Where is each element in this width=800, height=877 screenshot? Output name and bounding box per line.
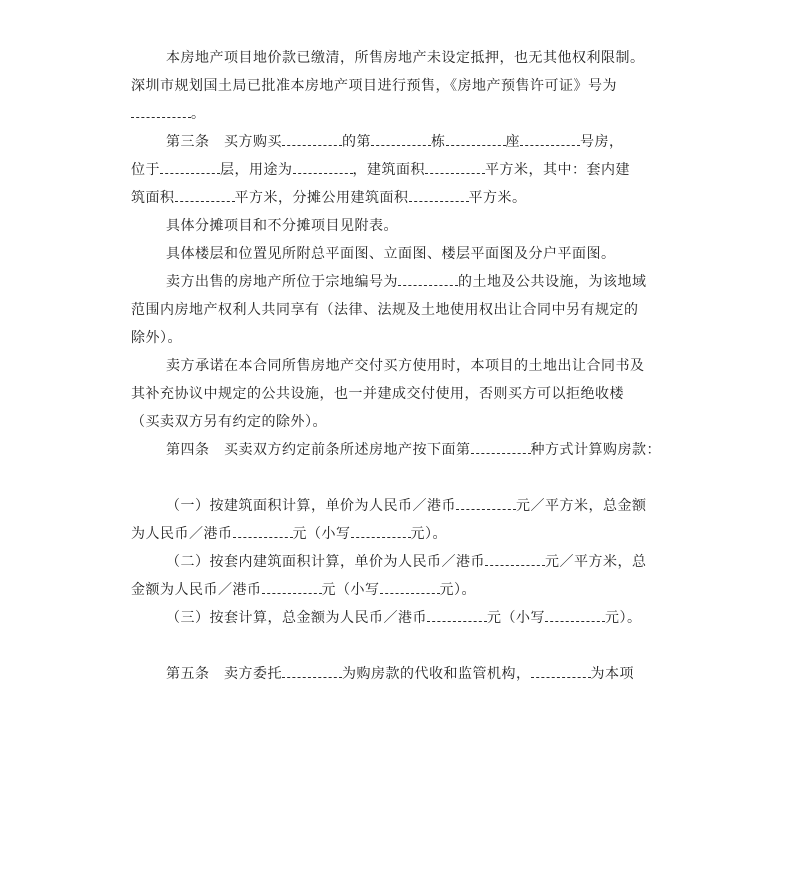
contract-line: 本房地产项目地价款已缴清，所售房地产未设定抵押，也无其他权利限制。 (131, 45, 672, 73)
blank-underline (282, 132, 342, 146)
blank-underline (351, 524, 411, 538)
blank-underline (398, 272, 458, 286)
contract-line: 其补充协议中规定的公共设施，也一并建成交付使用，否则买方可以拒绝收楼 (131, 381, 672, 409)
contract-line: 除外）。 (131, 325, 672, 353)
blank-underline (233, 524, 293, 538)
blank-underline (485, 552, 545, 566)
contract-line: 具体分摊项目和不分摊项目见附表。 (131, 213, 672, 241)
blank-underline (425, 160, 485, 174)
blank-underline (545, 608, 605, 622)
contract-line: 为人民币／港币元（小写元）。 (131, 521, 672, 549)
blank-underline (456, 496, 516, 510)
paragraph: 本房地产项目地价款已缴清，所售房地产未设定抵押，也无其他权利限制。 深圳市规划国… (131, 45, 672, 129)
paragraph: 卖方承诺在本合同所售房地产交付买方使用时，本项目的土地出让合同书及 其补充协议中… (131, 353, 672, 437)
contract-line: （买卖双方另有约定的除外）。 (131, 409, 672, 437)
blank-underline (131, 104, 191, 118)
paragraph-pricing-option-2: （二）按套内建筑面积计算，单价为人民币／港币元／平方米，总 金额为人民币／港币元… (131, 549, 672, 605)
contract-line: （二）按套内建筑面积计算，单价为人民币／港币元／平方米，总 (131, 549, 672, 577)
paragraph-pricing-option-3: （三）按套计算，总金额为人民币／港币元（小写元）。 (131, 605, 672, 633)
contract-line: （一）按建筑面积计算，单价为人民币／港币元／平方米，总金额 (131, 493, 672, 521)
blank-underline (293, 160, 353, 174)
paragraph-article-5: 第五条 卖方委托为购房款的代收和监管机构，为本项 (131, 661, 672, 689)
contract-line: 第四条 买卖双方约定前条所述房地产按下面第种方式计算购房款： (131, 437, 672, 465)
contract-line: 金额为人民币／港币元（小写元）。 (131, 577, 672, 605)
contract-line: 第三条 买方购买的第栋座号房， (131, 129, 672, 157)
blank-underline (160, 160, 220, 174)
blank-underline (371, 132, 431, 146)
document-page: 本房地产项目地价款已缴清，所售房地产未设定抵押，也无其他权利限制。 深圳市规划国… (0, 0, 800, 877)
blank-underline (175, 188, 235, 202)
paragraph: 卖方出售的房地产所位于宗地编号为的土地及公共设施，为该地域 范围内房地产权利人共… (131, 269, 672, 353)
contract-line: 第五条 卖方委托为购房款的代收和监管机构，为本项 (131, 661, 672, 689)
contract-line: 范围内房地产权利人共同享有（法律、法规及土地使用权出让合同中另有规定的 (131, 297, 672, 325)
blank-underline (282, 664, 342, 678)
blank-underline (380, 580, 440, 594)
blank-underline (446, 132, 506, 146)
contract-line: （三）按套计算，总金额为人民币／港币元（小写元）。 (131, 605, 672, 633)
contract-line: 卖方承诺在本合同所售房地产交付买方使用时，本项目的土地出让合同书及 (131, 353, 672, 381)
contract-line: 具体楼层和位置见所附总平面图、立面图、楼层平面图及分户平面图。 (131, 241, 672, 269)
contract-line: 位于层，用途为，建筑面积平方米，其中：套内建 (131, 157, 672, 185)
blank-underline (427, 608, 487, 622)
contract-line: 卖方出售的房地产所位于宗地编号为的土地及公共设施，为该地域 (131, 269, 672, 297)
contract-line: 深圳市规划国土局已批准本房地产项目进行预售，《房地产预售许可证》号为 (131, 73, 672, 101)
paragraph: 具体楼层和位置见所附总平面图、立面图、楼层平面图及分户平面图。 (131, 241, 672, 269)
contract-line: 筑面积平方米，分摊公用建筑面积平方米。 (131, 185, 672, 213)
blank-underline (471, 440, 531, 454)
blank-underline (262, 580, 322, 594)
paragraph: 具体分摊项目和不分摊项目见附表。 (131, 213, 672, 241)
paragraph-article-4: 第四条 买卖双方约定前条所述房地产按下面第种方式计算购房款： (131, 437, 672, 465)
blank-underline (531, 664, 591, 678)
paragraph-pricing-option-1: （一）按建筑面积计算，单价为人民币／港币元／平方米，总金额 为人民币／港币元（小… (131, 493, 672, 549)
paragraph-article-3: 第三条 买方购买的第栋座号房， 位于层，用途为，建筑面积平方米，其中：套内建 筑… (131, 129, 672, 213)
blank-underline (520, 132, 580, 146)
contract-line: 。 (131, 101, 672, 129)
blank-underline (409, 188, 469, 202)
